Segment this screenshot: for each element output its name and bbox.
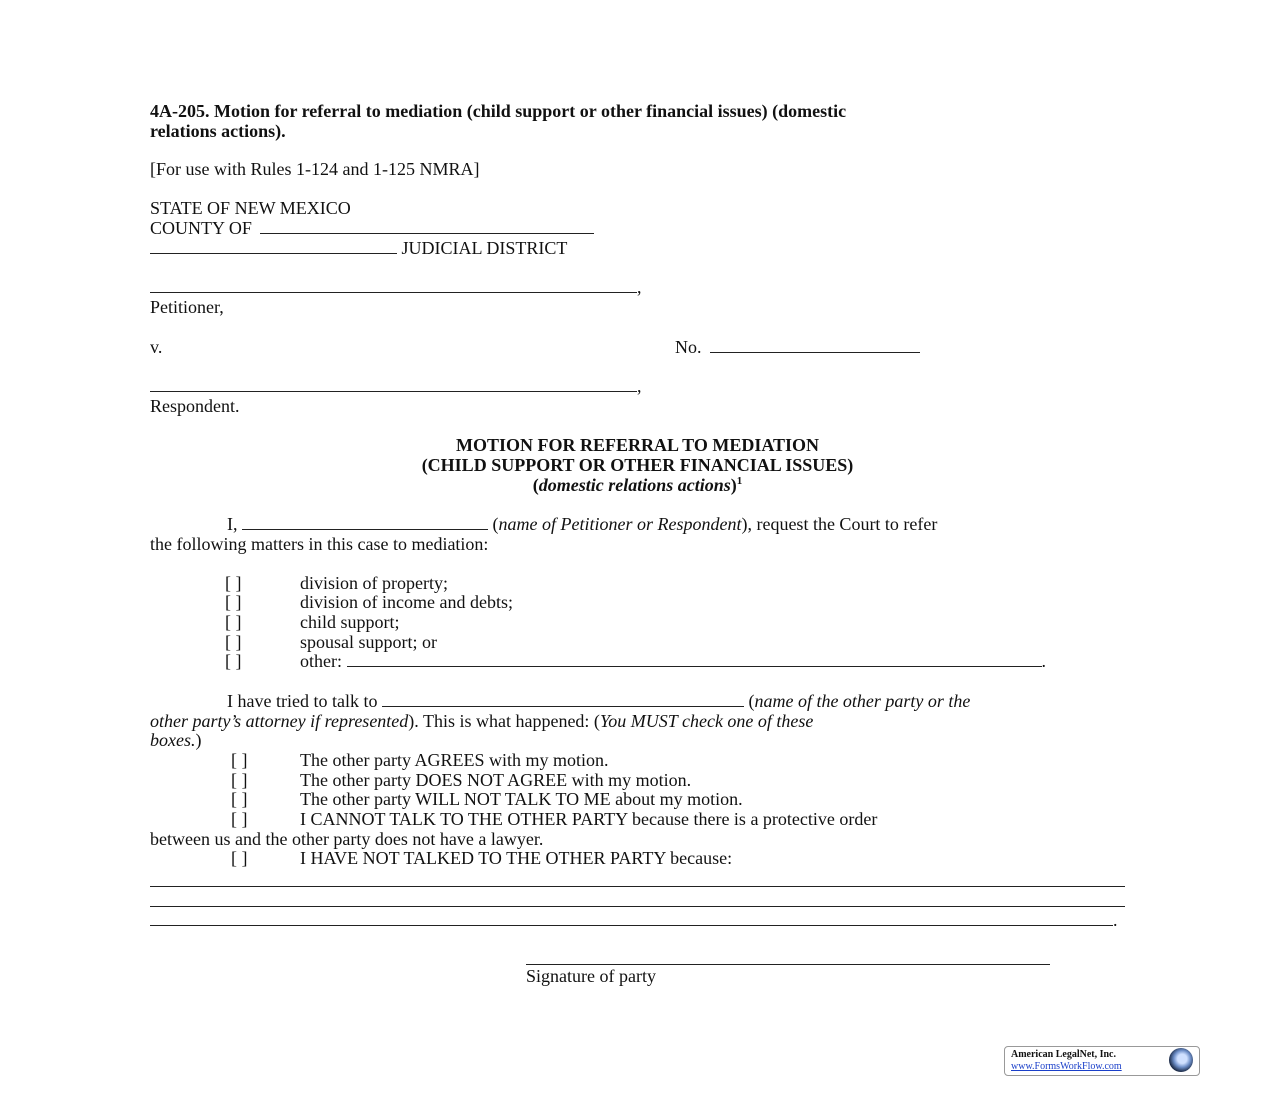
document-title-line3: (domestic relations actions)1 [0, 475, 1275, 495]
respondent-field[interactable] [150, 377, 637, 392]
outcome-item: [ ]I HAVE NOT TALKED TO THE OTHER PARTY … [231, 848, 732, 868]
signature-line[interactable] [526, 964, 1050, 965]
document-title-line1: MOTION FOR REFERRAL TO MEDIATION [0, 435, 1275, 455]
document-title-line2: (CHILD SUPPORT OR OTHER FINANCIAL ISSUES… [0, 455, 1275, 475]
matter-item: [ ]child support; [225, 612, 400, 632]
footer-logo: American LegalNet, Inc. www.FormsWorkFlo… [1004, 1046, 1200, 1076]
outcome-item: [ ]The other party WILL NOT TALK TO ME a… [231, 789, 743, 809]
company-link[interactable]: www.FormsWorkFlow.com [1011, 1061, 1122, 1073]
footnote-marker: 1 [737, 475, 743, 487]
county-field[interactable] [260, 219, 594, 234]
checkbox[interactable]: [ ] [225, 592, 285, 612]
district-row: JUDICIAL DISTRICT [150, 238, 567, 258]
state-label: STATE OF NEW MEXICO [150, 198, 351, 218]
request-line2: the following matters in this case to me… [150, 534, 488, 554]
company-name: American LegalNet, Inc. [1011, 1049, 1116, 1061]
petitioner-label: Petitioner, [150, 297, 224, 317]
request-line1: I, (name of Petitioner or Respondent), r… [227, 514, 937, 534]
checkbox[interactable]: [ ] [231, 750, 285, 770]
matter-item: [ ]spousal support; or [225, 632, 437, 652]
explanation-line-3[interactable] [150, 925, 1113, 926]
contact-line2: other party’s attorney if represented). … [150, 711, 813, 731]
contact-line1: I have tried to talk to (name of the oth… [227, 691, 970, 711]
contact-line3: boxes.) [150, 730, 201, 750]
other-matter-field[interactable] [347, 652, 1042, 667]
outcome-item: [ ]The other party DOES NOT AGREE with m… [231, 770, 691, 790]
checkbox[interactable]: [ ] [231, 848, 285, 868]
petitioner-field[interactable] [150, 278, 637, 293]
matter-item: [ ]division of property; [225, 573, 448, 593]
outcome-item: [ ]I CANNOT TALK TO THE OTHER PARTY beca… [231, 809, 877, 829]
party-name-field[interactable] [242, 515, 488, 530]
outcome-item-continuation: between us and the other party does not … [150, 829, 543, 849]
outcome-item: [ ]The other party AGREES with my motion… [231, 750, 608, 770]
checkbox[interactable]: [ ] [225, 612, 285, 632]
checkbox[interactable]: [ ] [225, 651, 285, 671]
explanation-line-1[interactable] [150, 886, 1125, 887]
district-field[interactable] [150, 239, 397, 254]
matter-item-other: [ ]other: . [225, 651, 1046, 671]
checkbox[interactable]: [ ] [225, 573, 285, 593]
checkbox[interactable]: [ ] [231, 770, 285, 790]
form-heading-line2: relations actions). [150, 121, 286, 141]
explanation-line-2[interactable] [150, 906, 1125, 907]
county-row: COUNTY OF [150, 218, 594, 238]
county-label: COUNTY OF [150, 218, 252, 238]
district-label: JUDICIAL DISTRICT [402, 238, 568, 258]
case-number-label: No. [675, 337, 702, 357]
checkbox[interactable]: [ ] [231, 789, 285, 809]
case-number-field[interactable] [710, 338, 920, 353]
checkbox[interactable]: [ ] [231, 809, 285, 829]
respondent-row: , [150, 376, 642, 396]
other-party-name-field[interactable] [382, 692, 744, 707]
matter-item: [ ]division of income and debts; [225, 592, 513, 612]
checkbox[interactable]: [ ] [225, 632, 285, 652]
petitioner-row: , [150, 277, 642, 297]
globe-icon [1169, 1048, 1193, 1072]
respondent-label: Respondent. [150, 396, 240, 416]
explanation-period: . [1113, 910, 1118, 930]
versus-label: v. [150, 337, 162, 357]
form-heading-line1: 4A-205. Motion for referral to mediation… [150, 101, 846, 121]
case-number-row: No. [675, 337, 920, 357]
rules-note: [For use with Rules 1-124 and 1-125 NMRA… [150, 159, 479, 179]
signature-label: Signature of party [526, 966, 656, 986]
